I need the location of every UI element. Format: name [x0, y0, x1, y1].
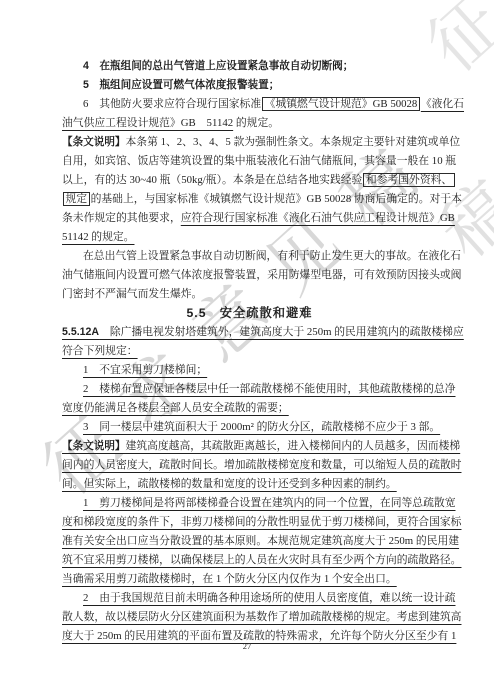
- inserted-text: 5.5.12A: [62, 326, 99, 338]
- revision-box-mark: 和参考国外资料、: [363, 173, 454, 187]
- inserted-text: 宽度仍能满足各楼层全部人员安全疏散的需要；: [62, 402, 289, 414]
- text-segment: 在总出气管上设置紧急事故自动切断阀，有利于防止发生更大的事故。在液化石: [83, 250, 461, 262]
- text-segment: 5.5 安全疏散和避难: [186, 306, 312, 320]
- subitem-2: 2 楼梯布置应保证各楼层中任一部疏散楼梯不能使用时，其他疏散楼梯的总净: [62, 380, 437, 399]
- clause-5-5-12A: 5.5.12A 除广播电视发射塔建筑外，建筑高度大于 250m 的民用建筑内的疏…: [62, 323, 437, 342]
- text-segment: 的基础上，与国家标准《城镇燃气设计规范》GB 50028 协商后确定的。对于本: [91, 193, 462, 205]
- text-segment: 6 其他防火要求应符合现行国家标准: [83, 98, 261, 110]
- text-line: 油气储瓶间内设置可燃气体浓度报警装置，采用防爆型电器，可有效预防因接头或阀: [62, 266, 437, 285]
- explanation-paragraph: 【条文说明】本条第 1、2、3、4、5 款为强制性条文。本条规定主要针对建筑或单…: [62, 133, 437, 152]
- text-segment: 油气储瓶间内设置可燃气体浓度报警装置，采用防爆型电器，可有效预防因接头或阀: [62, 269, 461, 281]
- document-page: 征求意见稿 稿 征 4 在瓶组间的总出气管道上应设置紧急事故自动切断阀；5 瓶组…: [0, 0, 494, 700]
- inserted-text: 2 由于我国规范目前未明确各种用途场所的使用人员密度值，难以统一设计疏: [83, 592, 456, 604]
- inserted-text: 散人数，故以楼层防火分区建筑面积为基数作了增加疏散楼梯的规定。考虑到建筑高: [62, 611, 461, 623]
- clause-item-4: 4 在瓶组间的总出气管道上应设置紧急事故自动切断阀；: [62, 57, 437, 76]
- text-line: 门密封不严漏气而发生爆炸。: [62, 285, 437, 304]
- text-line: 度和梯段宽度的条件下，非剪刀楼梯间的分散性明显优于剪刀楼梯间，更符合国家标: [62, 513, 437, 532]
- text-line: 51142 的规定。: [62, 228, 437, 247]
- revision-box-mark: 规定: [63, 192, 90, 206]
- inserted-text: 1 不宜采用剪刀楼梯间；: [83, 364, 207, 376]
- inserted-text: 间。但实际上，疏散楼梯的数量和宽度的设计还受到多种因素的制约。: [62, 478, 397, 490]
- text-segment: 【条文说明】: [62, 136, 125, 148]
- text-line: 自用，如宾馆、饭店等建筑设置的集中瓶装液化石油气储瓶间，其容量一般在 10 瓶: [62, 152, 437, 171]
- text-line: 2 由于我国规范目前未明确各种用途场所的使用人员密度值，难以统一设计疏: [62, 589, 437, 608]
- inserted-text: 油气供应工程设计规范》GB 51142: [62, 117, 233, 129]
- inserted-text: 准有关安全出口应当分散设置的基本原则。本规范规定建筑高度大于 250m 的民用建: [62, 535, 459, 547]
- text-line: 以上，有的达 30~40 瓶（50kg/瓶）。本条是在总结各地实践经验和参考国外…: [62, 171, 437, 190]
- text-line: 筑不宜采用剪刀楼梯，以确保楼层上的人员在火灾时具有至少两个方向的疏散路径。: [62, 551, 437, 570]
- inserted-text: 间内的人员密度大，疏散时间长。增加疏散楼梯宽度和数量，可以缩短人员的疏散时: [62, 459, 461, 471]
- inserted-text: 【条文说明】: [62, 440, 125, 452]
- text-line: 散人数，故以楼层防火分区建筑面积为基数作了增加疏散楼梯的规定。考虑到建筑高: [62, 608, 437, 627]
- document-body: 4 在瓶组间的总出气管道上应设置紧急事故自动切断阀；5 瓶组间应设置可燃气体浓度…: [62, 57, 437, 646]
- inserted-text: 《液化石: [421, 98, 464, 110]
- revision-box-mark: 《城镇燃气设计规范》GB 50028: [262, 97, 420, 111]
- text-line: 符合下列规定：: [62, 342, 437, 361]
- text-segment: 的规定。: [233, 117, 279, 129]
- page-number: 27: [0, 641, 494, 651]
- inserted-text: 3 同一楼层中建筑面积大于 2000m² 的防火分区，疏散楼梯不应少于 3 部。: [83, 421, 440, 433]
- text-line: 宽度仍能满足各楼层全部人员安全疏散的需要；: [62, 399, 437, 418]
- text-segment: 门密封不严漏气而发生爆炸。: [62, 288, 202, 300]
- clause-item-6: 6 其他防火要求应符合现行国家标准《城镇燃气设计规范》GB 50028《液化石: [62, 95, 437, 114]
- text-line: 间内的人员密度大，疏散时间长。增加疏散楼梯宽度和数量，可以缩短人员的疏散时: [62, 456, 437, 475]
- clause-item-6-cont: 油气供应工程设计规范》GB 51142 的规定。: [62, 114, 437, 133]
- text-segment: 条未作规定的其他要求，: [62, 212, 181, 224]
- text-line: 准有关安全出口应当分散设置的基本原则。本规范规定建筑高度大于 250m 的民用建: [62, 532, 437, 551]
- inserted-text: 2 楼梯布置应保证各楼层中任一部疏散楼梯不能使用时，其他疏散楼梯的总净: [83, 383, 456, 395]
- inserted-text: 51142 的规定。: [62, 231, 134, 243]
- text-segment: 5 瓶组间应设置可燃气体浓度报警装置；: [83, 79, 279, 91]
- inserted-text: 符合下列规定：: [62, 345, 138, 357]
- inserted-text: 1 剪刀楼梯间是将两部楼梯叠合设置在建筑内的同一个位置，在同等总疏散宽: [83, 497, 456, 509]
- explanation-paragraph-2: 【条文说明】建筑高度越高，其疏散距离越长，进入楼梯间内的人员越多，因而楼梯: [62, 437, 437, 456]
- clause-item-5: 5 瓶组间应设置可燃气体浓度报警装置；: [62, 76, 437, 95]
- inserted-text: 筑不宜采用剪刀楼梯，以确保楼层上的人员在火灾时具有至少两个方向的疏散路径。: [62, 554, 461, 566]
- text-line: 条未作规定的其他要求，应符合现行国家标准《液化石油气供应工程设计规范》GB: [62, 209, 437, 228]
- text-line: 在总出气管上设置紧急事故自动切断阀，有利于防止发生更大的事故。在液化石: [62, 247, 437, 266]
- text-line: 规定的基础上，与国家标准《城镇燃气设计规范》GB 50028 协商后确定的。对于…: [62, 190, 437, 209]
- text-segment: 本条第 1、2、3、4、5 款为强制性条文。本条规定主要针对建筑或单位: [125, 136, 460, 148]
- subitem-1: 1 不宜采用剪刀楼梯间；: [62, 361, 437, 380]
- text-line: 当确需采用剪刀疏散楼梯时，在 1 个防火分区内仅作为 1 个安全出口。: [62, 570, 437, 589]
- section-5-5-heading: 5.5 安全疏散和避难: [62, 304, 437, 323]
- subitem-3: 3 同一楼层中建筑面积大于 2000m² 的防火分区，疏散楼梯不应少于 3 部。: [62, 418, 437, 437]
- inserted-text: 当确需采用剪刀疏散楼梯时，在 1 个防火分区内仅作为 1 个安全出口。: [62, 573, 397, 585]
- text-line: 间。但实际上，疏散楼梯的数量和宽度的设计还受到多种因素的制约。: [62, 475, 437, 494]
- inserted-text: 应符合现行国家标准《液化石油气供应工程设计规范》GB: [181, 212, 455, 224]
- inserted-text: 度和梯段宽度的条件下，非剪刀楼梯间的分散性明显优于剪刀楼梯间，更符合国家标: [62, 516, 461, 528]
- inserted-text: 除广播电视发射塔建筑外，建筑高度大于 250m 的民用建筑内的疏散楼梯应: [99, 326, 464, 338]
- text-segment: 自用，如宾馆、饭店等建筑设置的集中瓶装液化石油气储瓶间，其容量一般在 10 瓶: [62, 155, 456, 167]
- text-line: 1 剪刀楼梯间是将两部楼梯叠合设置在建筑内的同一个位置，在同等总疏散宽: [62, 494, 437, 513]
- inserted-text: 建筑高度越高，其疏散距离越长，进入楼梯间内的人员越多，因而楼梯: [125, 440, 460, 452]
- text-segment: 4 在瓶组间的总出气管道上应设置紧急事故自动切断阀；: [83, 60, 353, 72]
- text-segment: 以上，有的达 30~40 瓶（50kg/瓶）。本条是在总结各地实践经验: [62, 174, 362, 186]
